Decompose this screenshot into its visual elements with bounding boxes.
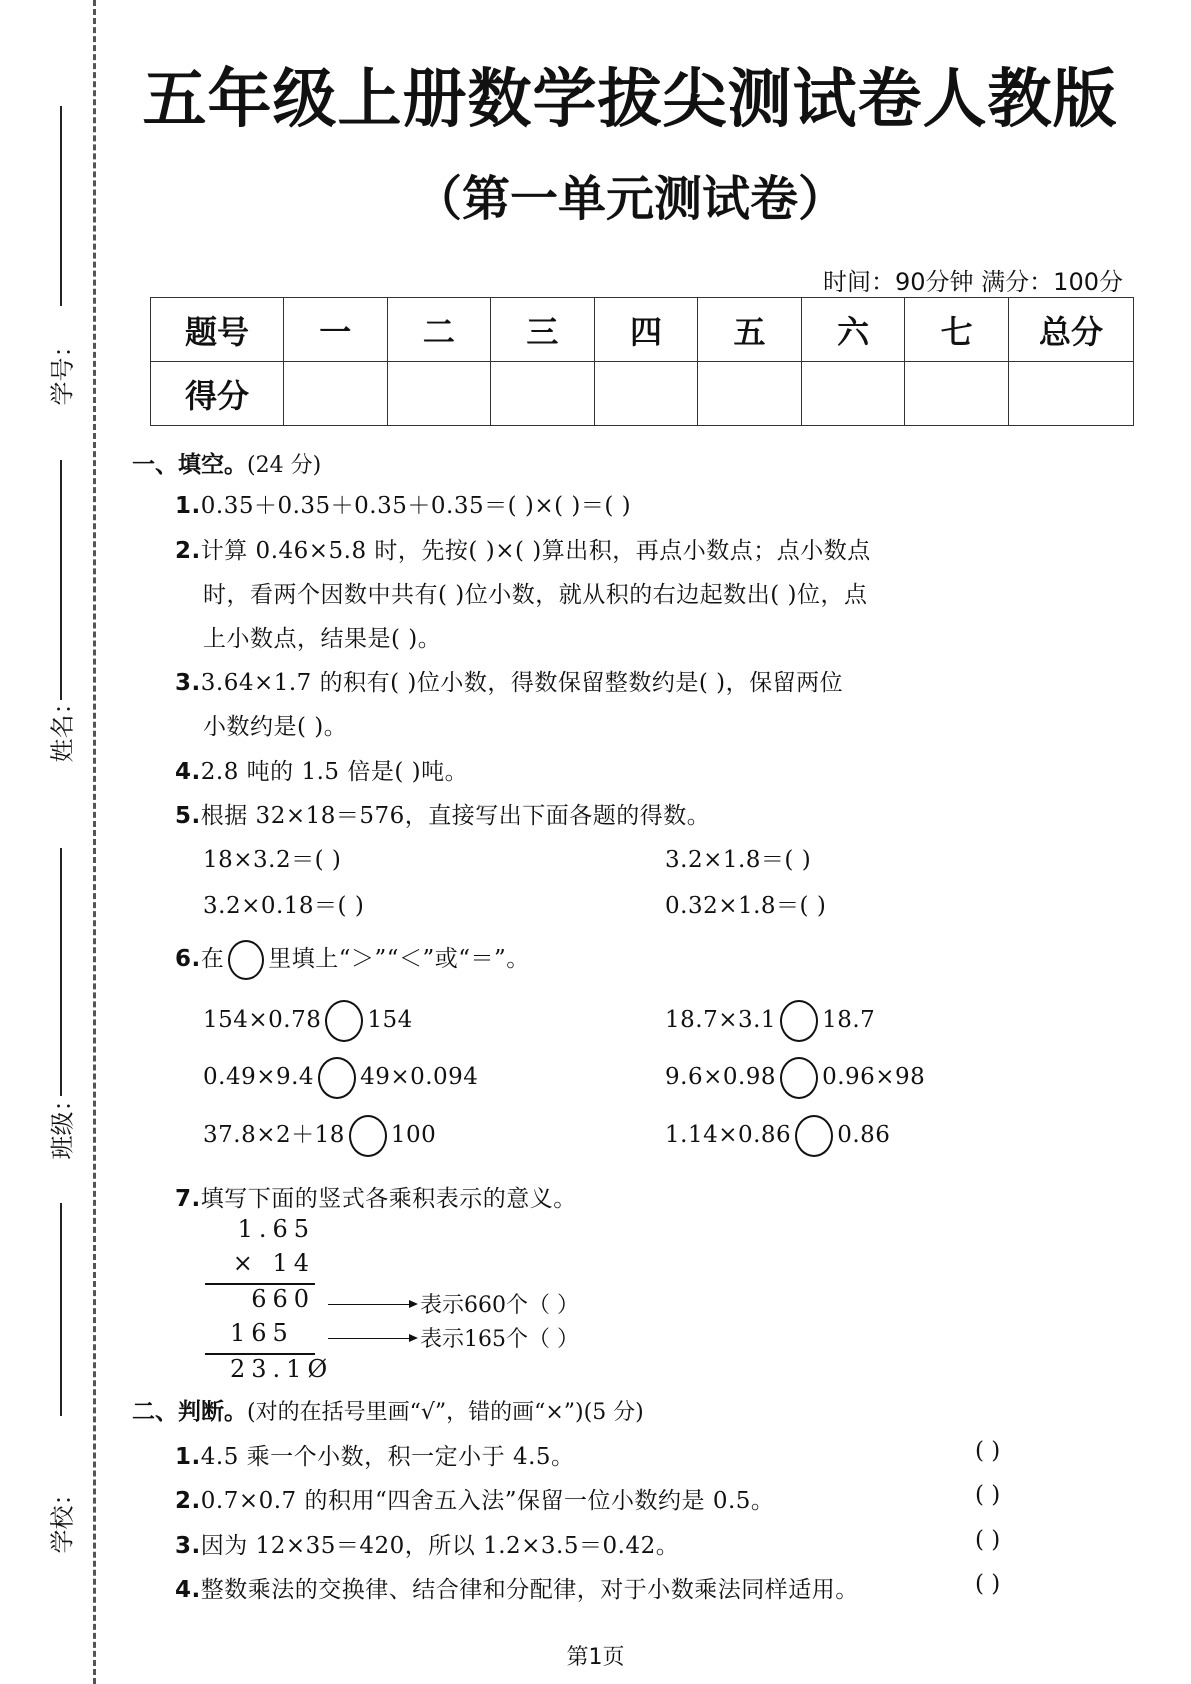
answer-paren[interactable]: ( ): [975, 1571, 1000, 1597]
partial-2-meaning: 表示165个（ ）: [420, 1322, 579, 1353]
page-title: 五年级上册数学拔尖测试卷人教版: [130, 48, 1130, 140]
question-2-line-1: 2.计算 0.46×5.8 时，先按( )×( )算出积，再点小数点；点小数点: [175, 532, 871, 565]
question-text: 0.35＋0.35＋0.35＋0.35＝( )×( )＝( ): [201, 493, 631, 519]
comparison-right: 154: [367, 1007, 412, 1033]
page-subtitle: （第一单元测试卷）: [130, 160, 1130, 229]
score-cell[interactable]: [387, 362, 491, 426]
answer-circle[interactable]: [325, 1000, 363, 1042]
student-id-underline: [60, 106, 62, 306]
answer-circle[interactable]: [795, 1115, 833, 1157]
comparison-right: 49×0.094: [360, 1064, 478, 1090]
comparison-left: 154×0.78: [203, 1007, 321, 1033]
question-text: 4.5 乘一个小数，积一定小于 4.5。: [201, 1444, 575, 1470]
score-cell[interactable]: [491, 362, 595, 426]
question-text: 填写下面的竖式各乘积表示的意义。: [201, 1186, 577, 1212]
question-suffix: 里填上“＞”“＜”或“＝”。: [268, 946, 530, 972]
page-number: 第1页: [0, 1640, 1191, 1671]
header-cell: 总分: [1009, 298, 1134, 362]
question-text: 计算 0.46×5.8 时，先按( )×( )算出积，再点小数点；点小数点: [201, 538, 871, 564]
comparison-left: 9.6×0.98: [665, 1064, 776, 1090]
exam-time-and-score: 时间：90分钟 满分：100分: [823, 262, 1123, 297]
class-label: 班级：: [43, 1120, 78, 1160]
section2-instructions: (对的在括号里画“√”，错的画“×”)(5 分): [247, 1400, 644, 1425]
comparison-right: 0.96×98: [822, 1064, 925, 1090]
partial-1-meaning: 表示660个（ ）: [420, 1288, 579, 1319]
question-number: 6.: [175, 946, 201, 972]
question-text: 0.7×0.7 的积用“四舍五入法”保留一位小数约是 0.5。: [201, 1488, 775, 1514]
question-3-line-2: 小数约是( )。: [203, 708, 347, 741]
question-number: 1.: [175, 1444, 201, 1470]
section1-title: 一、填空。(24 分): [132, 446, 321, 479]
multiplicand: 1.65: [205, 1215, 315, 1243]
comparison-right: 0.86: [837, 1122, 890, 1148]
question-number: 2.: [175, 538, 201, 564]
school-label: 学校：: [43, 1514, 78, 1554]
q5-item: 3.2×1.8＝( ): [665, 841, 811, 874]
binding-dashed-line: [93, 0, 96, 1684]
question-number: 4.: [175, 759, 201, 785]
answer-circle[interactable]: [780, 1000, 818, 1042]
answer-paren[interactable]: ( ): [975, 1438, 1000, 1464]
question-2-line-2: 时，看两个因数中共有( )位小数，就从积的右边起数出( )位，点: [203, 576, 868, 609]
section2-heading: 二、判断。: [132, 1399, 247, 1425]
name-underline: [60, 460, 62, 700]
header-cell: 五: [698, 298, 802, 362]
school-field[interactable]: 学校：: [40, 1200, 80, 1550]
class-underline: [60, 848, 62, 1096]
name-field[interactable]: 姓名：: [40, 455, 80, 785]
question-2-line-3: 上小数点，结果是( )。: [203, 620, 441, 653]
comparison-item: 37.8×2＋18100: [203, 1115, 436, 1157]
name-label: 姓名：: [43, 723, 78, 763]
question-7: 7.填写下面的竖式各乘积表示的意义。: [175, 1180, 577, 1213]
question-number: 2.: [175, 1488, 201, 1514]
answer-circle[interactable]: [318, 1057, 356, 1099]
question-1: 1.0.35＋0.35＋0.35＋0.35＝( )×( )＝( ): [175, 487, 631, 520]
section1-points: (24 分): [247, 453, 321, 478]
student-id-field[interactable]: 学号：: [40, 100, 80, 430]
score-table-header-row: 题号 一 二 三 四 五 六 七 总分: [151, 298, 1134, 362]
header-cell: 六: [801, 298, 905, 362]
judge-item: 4.整数乘法的交换律、结合律和分配律，对于小数乘法同样适用。: [175, 1571, 859, 1604]
header-cell: 题号: [151, 298, 284, 362]
judge-item: 3.因为 12×35＝420，所以 1.2×3.5＝0.42。: [175, 1527, 679, 1560]
question-number: 5.: [175, 803, 201, 829]
class-field[interactable]: 班级：: [40, 848, 80, 1178]
q5-item: 18×3.2＝( ): [203, 841, 341, 874]
partial-product-1: 660: [205, 1285, 315, 1313]
score-cell[interactable]: [801, 362, 905, 426]
comparison-item: 1.14×0.860.86: [665, 1115, 890, 1157]
product-result: 23.1Ø: [205, 1355, 315, 1383]
question-number: 3.: [175, 1533, 201, 1559]
question-number: 4.: [175, 1577, 201, 1603]
score-cell[interactable]: [698, 362, 802, 426]
question-text: 根据 32×18＝576，直接写出下面各题的得数。: [201, 803, 711, 829]
circle-icon: [228, 940, 264, 980]
vertical-multiplication: 1.65 × 14 660 165 23.1Ø: [205, 1215, 325, 1375]
answer-circle[interactable]: [780, 1057, 818, 1099]
question-number: 3.: [175, 670, 201, 696]
comparison-right: 100: [391, 1122, 436, 1148]
section2-title: 二、判断。(对的在括号里画“√”，错的画“×”)(5 分): [132, 1393, 644, 1426]
row-label: 得分: [151, 362, 284, 426]
question-text: 3.64×1.7 的积有( )位小数，得数保留整数约是( )，保留两位: [201, 670, 843, 696]
question-number: 1.: [175, 493, 201, 519]
score-cell[interactable]: [905, 362, 1009, 426]
answer-paren[interactable]: ( ): [975, 1527, 1000, 1553]
comparison-right: 18.7: [822, 1007, 875, 1033]
comparison-left: 1.14×0.86: [665, 1122, 791, 1148]
q5-item: 0.32×1.8＝( ): [665, 887, 826, 920]
comparison-left: 37.8×2＋18: [203, 1122, 345, 1148]
arrow-icon: [328, 1304, 416, 1305]
score-cell[interactable]: [594, 362, 698, 426]
partial-product-2: 165: [205, 1319, 315, 1347]
school-underline: [60, 1203, 62, 1416]
score-table-score-row: 得分: [151, 362, 1134, 426]
arrow-icon: [328, 1338, 416, 1339]
header-cell: 四: [594, 298, 698, 362]
comparison-left: 0.49×9.4: [203, 1064, 314, 1090]
multiplier: × 14: [205, 1249, 315, 1277]
score-table: 题号 一 二 三 四 五 六 七 总分 得分: [150, 297, 1134, 426]
comparison-item: 18.7×3.118.7: [665, 1000, 875, 1042]
answer-paren[interactable]: ( ): [975, 1482, 1000, 1508]
score-cell[interactable]: [1009, 362, 1134, 426]
question-6: 6.在里填上“＞”“＜”或“＝”。: [175, 940, 530, 980]
comparison-left: 18.7×3.1: [665, 1007, 776, 1033]
student-id-label: 学号：: [43, 366, 78, 406]
answer-circle[interactable]: [349, 1115, 387, 1157]
comparison-item: 154×0.78154: [203, 1000, 413, 1042]
question-prefix: 在: [201, 946, 225, 972]
question-5: 5.根据 32×18＝576，直接写出下面各题的得数。: [175, 797, 710, 830]
question-text: 2.8 吨的 1.5 倍是( )吨。: [201, 759, 468, 785]
comparison-item: 9.6×0.980.96×98: [665, 1057, 925, 1099]
score-cell[interactable]: [284, 362, 388, 426]
section1-heading: 一、填空。: [132, 452, 247, 478]
comparison-item: 0.49×9.449×0.094: [203, 1057, 478, 1099]
question-text: 因为 12×35＝420，所以 1.2×3.5＝0.42。: [201, 1533, 679, 1559]
question-text: 整数乘法的交换律、结合律和分配律，对于小数乘法同样适用。: [201, 1577, 859, 1603]
judge-item: 1.4.5 乘一个小数，积一定小于 4.5。: [175, 1438, 575, 1471]
q5-item: 3.2×0.18＝( ): [203, 887, 364, 920]
header-cell: 三: [491, 298, 595, 362]
question-3-line-1: 3.3.64×1.7 的积有( )位小数，得数保留整数约是( )，保留两位: [175, 664, 843, 697]
judge-item: 2.0.7×0.7 的积用“四舍五入法”保留一位小数约是 0.5。: [175, 1482, 774, 1515]
header-cell: 一: [284, 298, 388, 362]
header-cell: 七: [905, 298, 1009, 362]
question-4: 4.2.8 吨的 1.5 倍是( )吨。: [175, 753, 468, 786]
question-number: 7.: [175, 1186, 201, 1212]
header-cell: 二: [387, 298, 491, 362]
